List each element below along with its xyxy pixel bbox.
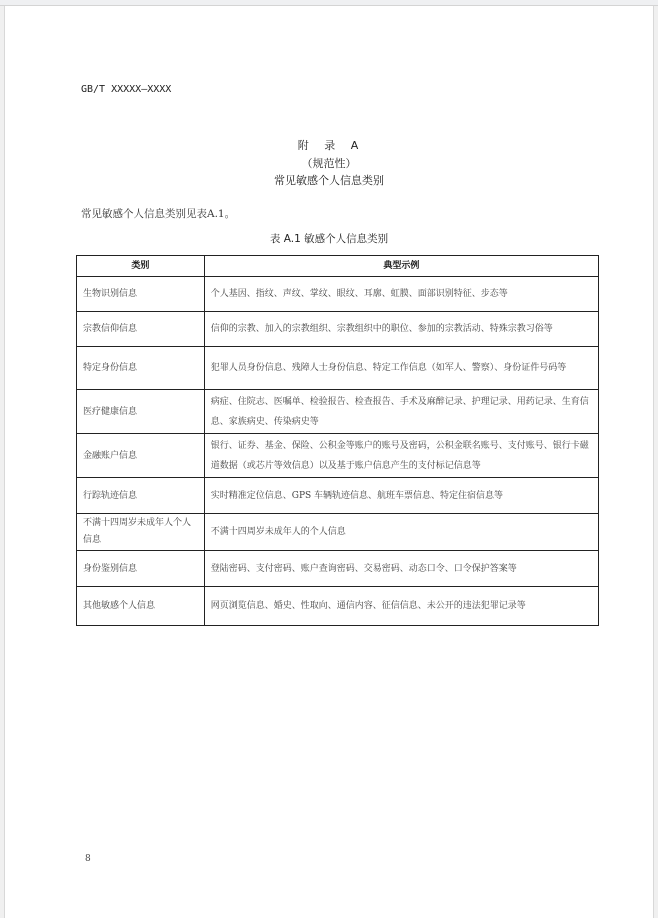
row-category: 行踪轨迹信息 xyxy=(77,478,205,514)
document-page: GB/T XXXXX—XXXX 附 录 A （规范性） 常见敏感个人信息类别 常… xyxy=(4,6,654,918)
table-row: 不满十四周岁未成年人个人信息 不满十四周岁未成年人的个人信息 xyxy=(77,514,599,551)
table-header-row: 类别 典型示例 xyxy=(77,256,599,277)
appendix-title: 附 录 A xyxy=(5,137,653,153)
table-row: 行踪轨迹信息 实时精准定位信息、GPS 车辆轨迹信息、航班车票信息、特定住宿信息… xyxy=(77,478,599,514)
row-examples: 网页浏览信息、婚史、性取向、通信内容、征信信息、未公开的违法犯罪记录等 xyxy=(204,587,598,626)
row-examples: 犯罪人员身份信息、残障人士身份信息、特定工作信息（如军人、警察）、身份证件号码等 xyxy=(204,347,598,390)
table-row: 宗教信仰信息 信仰的宗教、加入的宗教组织、宗教组织中的职位、参加的宗教活动、特殊… xyxy=(77,312,599,347)
document-code: GB/T XXXXX—XXXX xyxy=(81,84,171,95)
table-row: 医疗健康信息 病症、住院志、医嘱单、检验报告、检查报告、手术及麻醉记录、护理记录… xyxy=(77,390,599,434)
row-examples: 个人基因、指纹、声纹、掌纹、眼纹、耳廓、虹膜、面部识别特征、步态等 xyxy=(204,277,598,312)
row-examples: 不满十四周岁未成年人的个人信息 xyxy=(204,514,598,551)
header-examples: 典型示例 xyxy=(204,256,598,277)
row-examples: 病症、住院志、医嘱单、检验报告、检查报告、手术及麻醉记录、护理记录、用药记录、生… xyxy=(204,390,598,434)
row-examples: 信仰的宗教、加入的宗教组织、宗教组织中的职位、参加的宗教活动、特殊宗教习俗等 xyxy=(204,312,598,347)
row-category: 宗教信仰信息 xyxy=(77,312,205,347)
row-examples: 银行、证券、基金、保险、公积金等账户的账号及密码，公积金联名账号、支付账号、银行… xyxy=(204,434,598,478)
row-category: 特定身份信息 xyxy=(77,347,205,390)
table-row: 身份鉴别信息 登陆密码、支付密码、账户查询密码、交易密码、动态口令、口令保护答案… xyxy=(77,551,599,587)
appendix-heading: 常见敏感个人信息类别 xyxy=(5,172,653,188)
row-category: 医疗健康信息 xyxy=(77,390,205,434)
header-category: 类别 xyxy=(77,256,205,277)
row-category: 生物识别信息 xyxy=(77,277,205,312)
sensitive-info-table: 类别 典型示例 生物识别信息 个人基因、指纹、声纹、掌纹、眼纹、耳廓、虹膜、面部… xyxy=(76,255,599,626)
table-caption: 表 A.1 敏感个人信息类别 xyxy=(5,231,653,246)
page-number: 8 xyxy=(85,854,91,864)
table-row: 其他敏感个人信息 网页浏览信息、婚史、性取向、通信内容、征信信息、未公开的违法犯… xyxy=(77,587,599,626)
row-examples: 登陆密码、支付密码、账户查询密码、交易密码、动态口令、口令保护答案等 xyxy=(204,551,598,587)
row-category: 身份鉴别信息 xyxy=(77,551,205,587)
table-row: 金融账户信息 银行、证券、基金、保险、公积金等账户的账号及密码，公积金联名账号、… xyxy=(77,434,599,478)
table-row: 生物识别信息 个人基因、指纹、声纹、掌纹、眼纹、耳廓、虹膜、面部识别特征、步态等 xyxy=(77,277,599,312)
row-category: 金融账户信息 xyxy=(77,434,205,478)
row-category: 其他敏感个人信息 xyxy=(77,587,205,626)
intro-paragraph: 常见敏感个人信息类别见表A.1。 xyxy=(81,206,235,221)
appendix-normative-label: （规范性） xyxy=(5,155,653,171)
table-row: 特定身份信息 犯罪人员身份信息、残障人士身份信息、特定工作信息（如军人、警察）、… xyxy=(77,347,599,390)
row-examples: 实时精准定位信息、GPS 车辆轨迹信息、航班车票信息、特定住宿信息等 xyxy=(204,478,598,514)
row-category: 不满十四周岁未成年人个人信息 xyxy=(77,514,205,551)
